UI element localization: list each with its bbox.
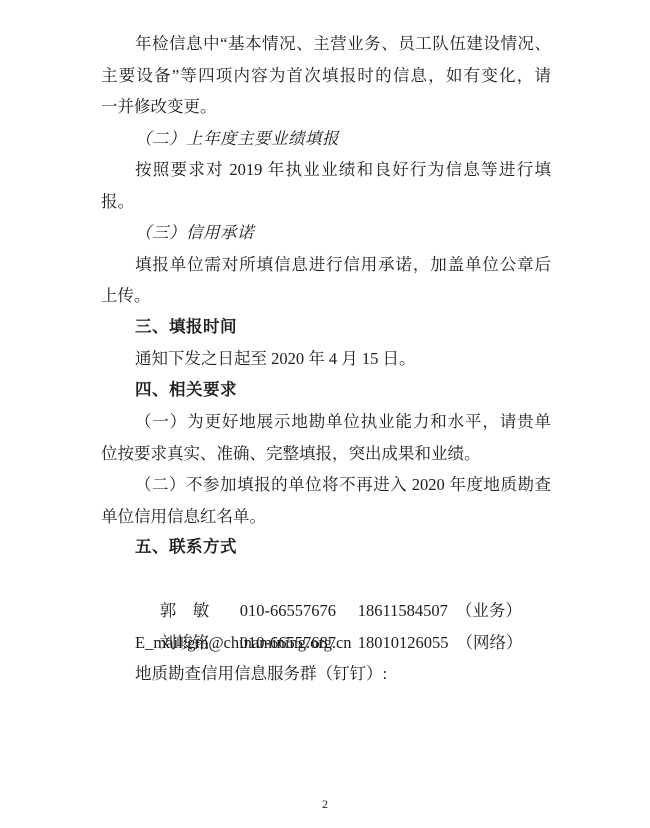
paragraph-line: 单位信用信息红名单。 xyxy=(101,501,551,533)
section-heading-requirements: 四、相关要求 xyxy=(101,375,551,407)
paragraph-line: 报。 xyxy=(101,186,551,218)
paragraph-line: 年检信息中“基本情况、主营业务、员工队伍建设情况、 xyxy=(101,28,551,60)
contact-role-label: （业务） xyxy=(456,601,522,620)
subsection-heading-performance: （二）上年度主要业绩填报 xyxy=(101,123,551,155)
paragraph-line: （一）为更好地展示地勘单位执业能力和水平，请贵单 xyxy=(101,406,551,438)
contact-mobile: 18010126055 xyxy=(358,633,449,652)
page-number: 2 xyxy=(0,794,650,814)
paragraph-line: 填报单位需对所填信息进行信用承诺，加盖单位公章后 xyxy=(101,249,551,281)
contact-row: 郭 敏010-6655767618611584507（业务） xyxy=(101,564,551,596)
paragraph-line: （二）不参加填报的单位将不再进入 2020 年度地质勘查 xyxy=(101,469,551,501)
paragraph-line: 一并修改变更。 xyxy=(101,91,551,123)
paragraph-line: 通知下发之日起至 2020 年 4 月 15 日。 xyxy=(101,343,551,375)
document-body: 年检信息中“基本情况、主营业务、员工队伍建设情况、 主要设备”等四项内容为首次填… xyxy=(101,28,551,690)
paragraph-line: 主要设备”等四项内容为首次填报时的信息，如有变化，请 xyxy=(101,60,551,92)
document-page: 年检信息中“基本情况、主营业务、员工队伍建设情况、 主要设备”等四项内容为首次填… xyxy=(0,0,650,828)
contact-name: 郭 敏 xyxy=(160,595,240,627)
contact-phone: 010-66557676 xyxy=(240,595,358,627)
dingtalk-line: 地质勘查信用信息服务群（钉钉）: xyxy=(101,658,551,690)
section-heading-filing-time: 三、填报时间 xyxy=(101,312,551,344)
paragraph-line: 位按要求真实、准确、完整填报，突出成果和业绩。 xyxy=(101,438,551,470)
contact-role-label: （网络） xyxy=(457,633,523,652)
paragraph-line: 上传。 xyxy=(101,280,551,312)
contact-mobile: 18611584507 xyxy=(358,601,448,620)
paragraph-line: 按照要求对 2019 年执业业绩和良好行为信息等进行填 xyxy=(101,154,551,186)
section-heading-contact: 五、联系方式 xyxy=(101,532,551,564)
subsection-heading-credit-commitment: （三）信用承诺 xyxy=(101,217,551,249)
